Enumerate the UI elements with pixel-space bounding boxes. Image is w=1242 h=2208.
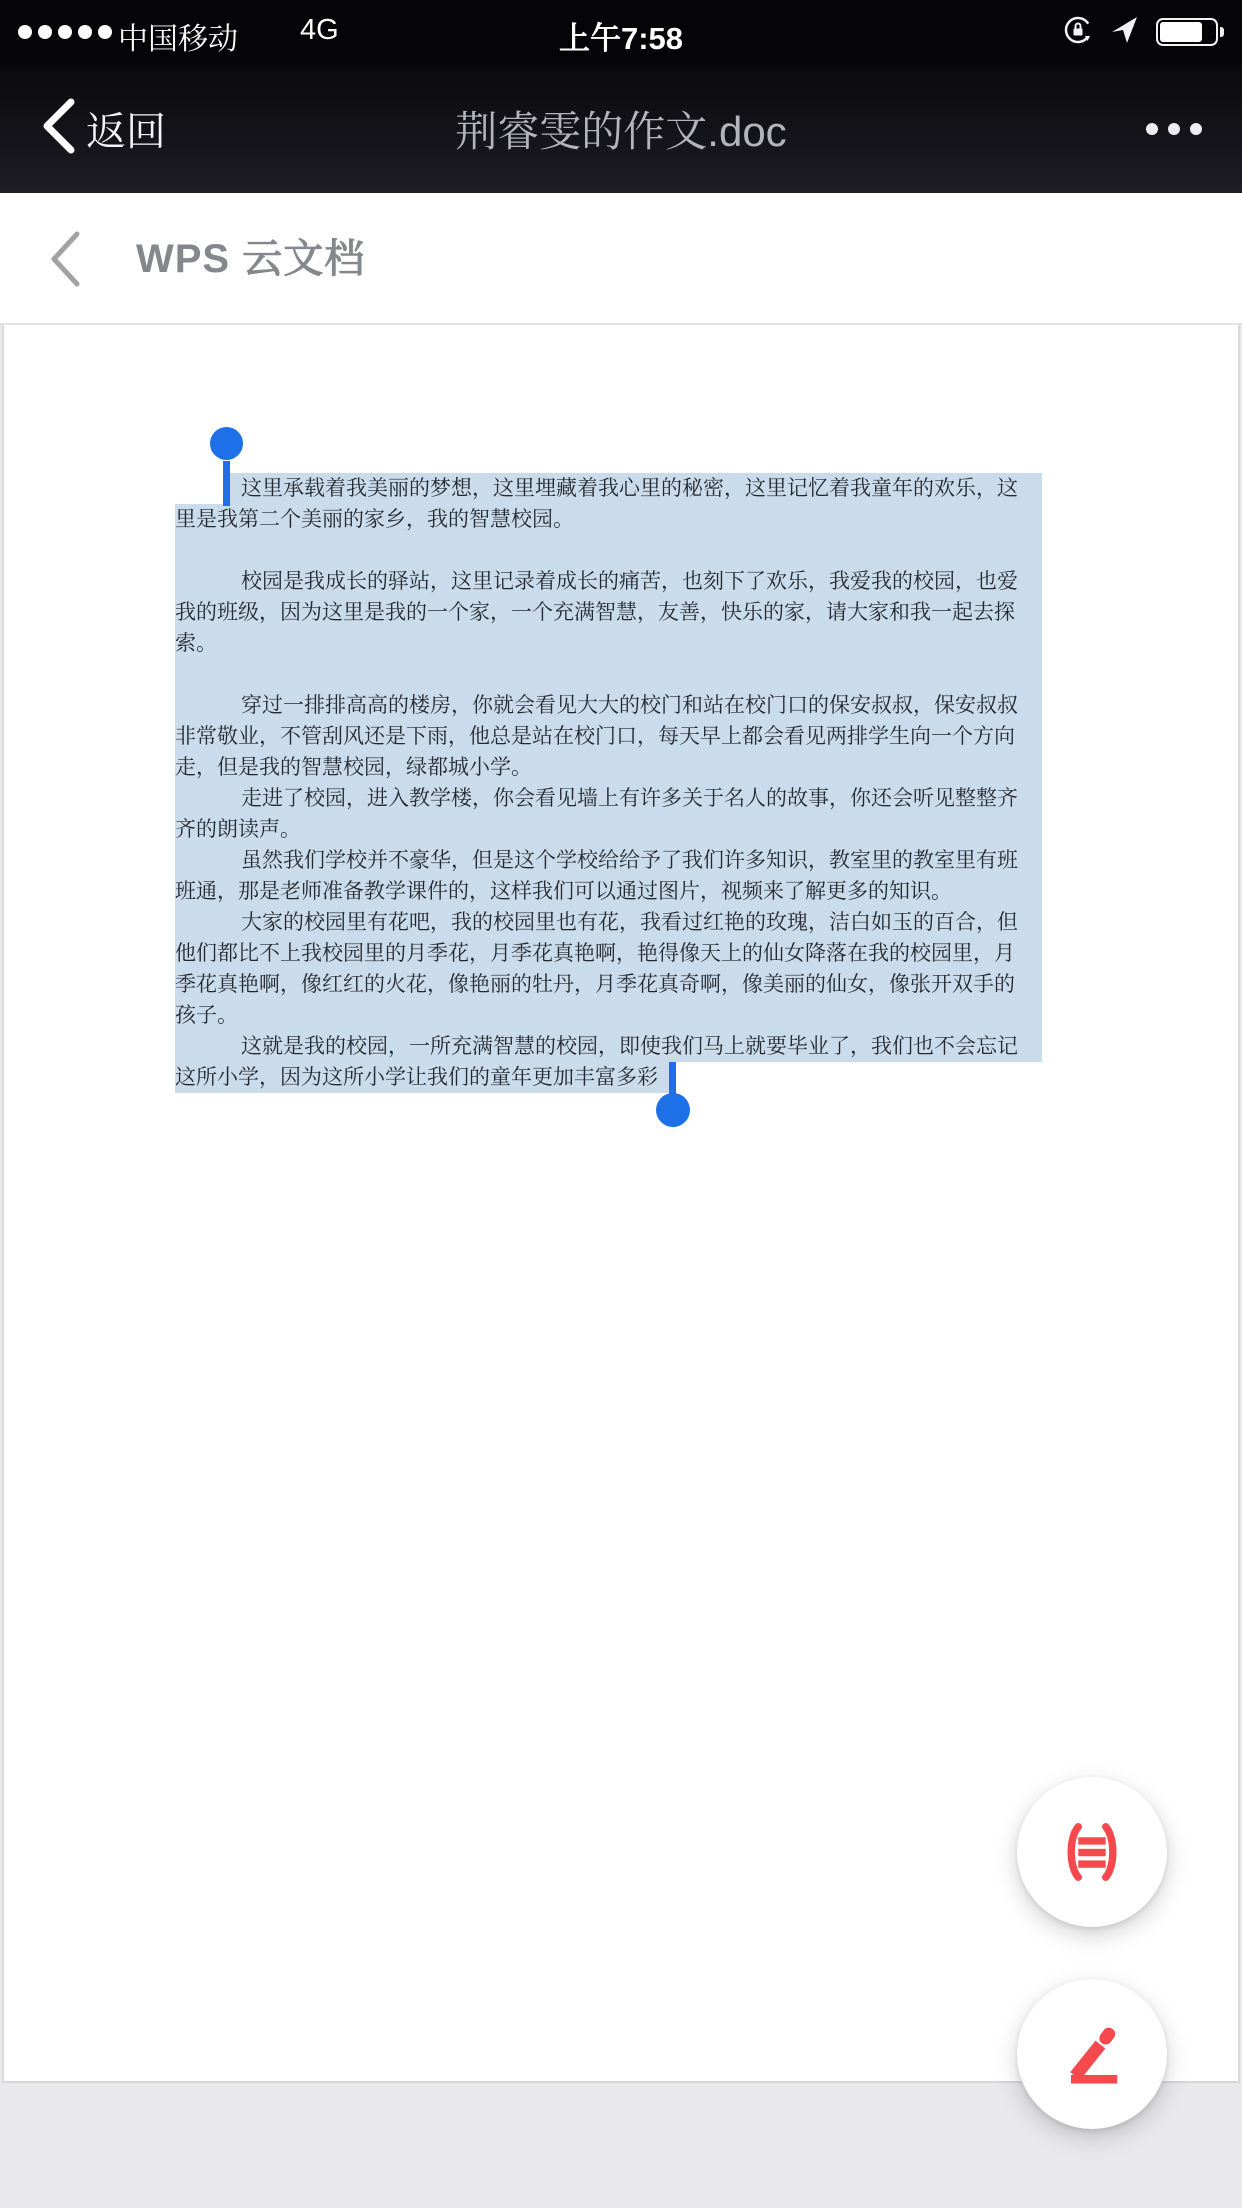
essay-line: 大家的校园里有花吧，我的校园里也有花，我看过红艳的玫瑰，洁白如玉的百合，但 (175, 907, 1042, 938)
location-arrow-icon (1110, 15, 1140, 50)
orientation-lock-icon (1062, 14, 1094, 51)
essay-line: 走进了校园，进入教学楼，你会看见墙上有许多关于名人的故事，你还会听见整整齐 (175, 783, 1042, 814)
essay-line: 这所小学，因为这所小学让我们的童年更加丰富多彩 (175, 1062, 1042, 1093)
wps-brand-label: WPS 云文档 (136, 227, 365, 284)
battery-icon (1156, 18, 1224, 46)
essay-line: 季花真艳啊，像红红的火花，像艳丽的牡丹，月季花真奇啊，像美丽的仙女，像张开双手的 (175, 969, 1042, 1000)
essay-line (175, 659, 1042, 690)
wps-back-button[interactable] (48, 229, 82, 294)
wps-toolbar: WPS 云文档 下载 (0, 193, 1242, 325)
nav-bar: 返回 荆睿雯的作文.doc (0, 64, 1242, 193)
essay-line: 孩子。 (175, 1000, 1042, 1031)
contents-outline-button[interactable] (1017, 1777, 1167, 1927)
essay-line (175, 535, 1042, 566)
essay-line: 这就是我的校园，一所充满智慧的校园，即使我们马上就要毕业了，我们也不会忘记 (175, 1031, 1042, 1062)
outline-list-icon (1052, 1812, 1132, 1892)
essay-line: 这里承载着我美丽的梦想，这里埋藏着我心里的秘密，这里记忆着我童年的欢乐，这 (175, 473, 1042, 504)
essay-line: 班通，那是老师准备教学课件的，这样我们可以通过图片，视频来了解更多的知识。 (175, 876, 1042, 907)
wps-back-chevron-icon (48, 229, 82, 289)
essay-line: 穿过一排排高高的楼房，你就会看见大大的校门和站在校门口的保安叔叔，保安叔叔 (175, 690, 1042, 721)
more-options-button[interactable] (1146, 64, 1202, 193)
essay-line: 里是我第二个美丽的家乡，我的智慧校园。 (175, 504, 1042, 535)
edit-button[interactable] (1017, 1979, 1167, 2129)
status-bar: 中国移动 4G 上午7:58 (0, 0, 1242, 64)
essay-line: 校园是我成长的驿站，这里记录着成长的痛苦，也刻下了欢乐，我爱我的校园，也爱 (175, 566, 1042, 597)
essay-line: 我的班级，因为这里是我的一个家，一个充满智慧，友善，快乐的家，请大家和我一起去探 (175, 597, 1042, 628)
selection-end-handle-knob[interactable] (656, 1093, 690, 1127)
selection-start-handle[interactable] (223, 461, 230, 506)
document-viewport: 这里承载着我美丽的梦想，这里埋藏着我心里的秘密，这里记忆着我童年的欢乐，这 里是… (0, 325, 1242, 2208)
clock: 上午7:58 (0, 13, 1242, 58)
selection-start-handle-knob[interactable] (210, 427, 243, 460)
edit-pencil-icon (1052, 2014, 1132, 2094)
document-title: 荆睿雯的作文.doc (0, 64, 1242, 193)
essay-line: 齐的朗读声。 (175, 814, 1042, 845)
ellipsis-icon (1146, 123, 1158, 135)
essay-line: 走，但是我的智慧校园，绿都城小学。 (175, 752, 1042, 783)
essay-line: 索。 (175, 628, 1042, 659)
screen: 中国移动 4G 上午7:58 (0, 0, 1242, 2208)
essay-line: 虽然我们学校并不豪华，但是这个学校给给予了我们许多知识，教室里的教室里有班 (175, 845, 1042, 876)
essay-line: 他们都比不上我校园里的月季花，月季花真艳啊，艳得像天上的仙女降落在我的校园里，月 (175, 938, 1042, 969)
essay-text-selection[interactable]: 这里承载着我美丽的梦想，这里埋藏着我心里的秘密，这里记忆着我童年的欢乐，这 里是… (175, 473, 1042, 1093)
essay-line: 非常敬业，不管刮风还是下雨，他总是站在校门口，每天早上都会看见两排学生向一个方向 (175, 721, 1042, 752)
